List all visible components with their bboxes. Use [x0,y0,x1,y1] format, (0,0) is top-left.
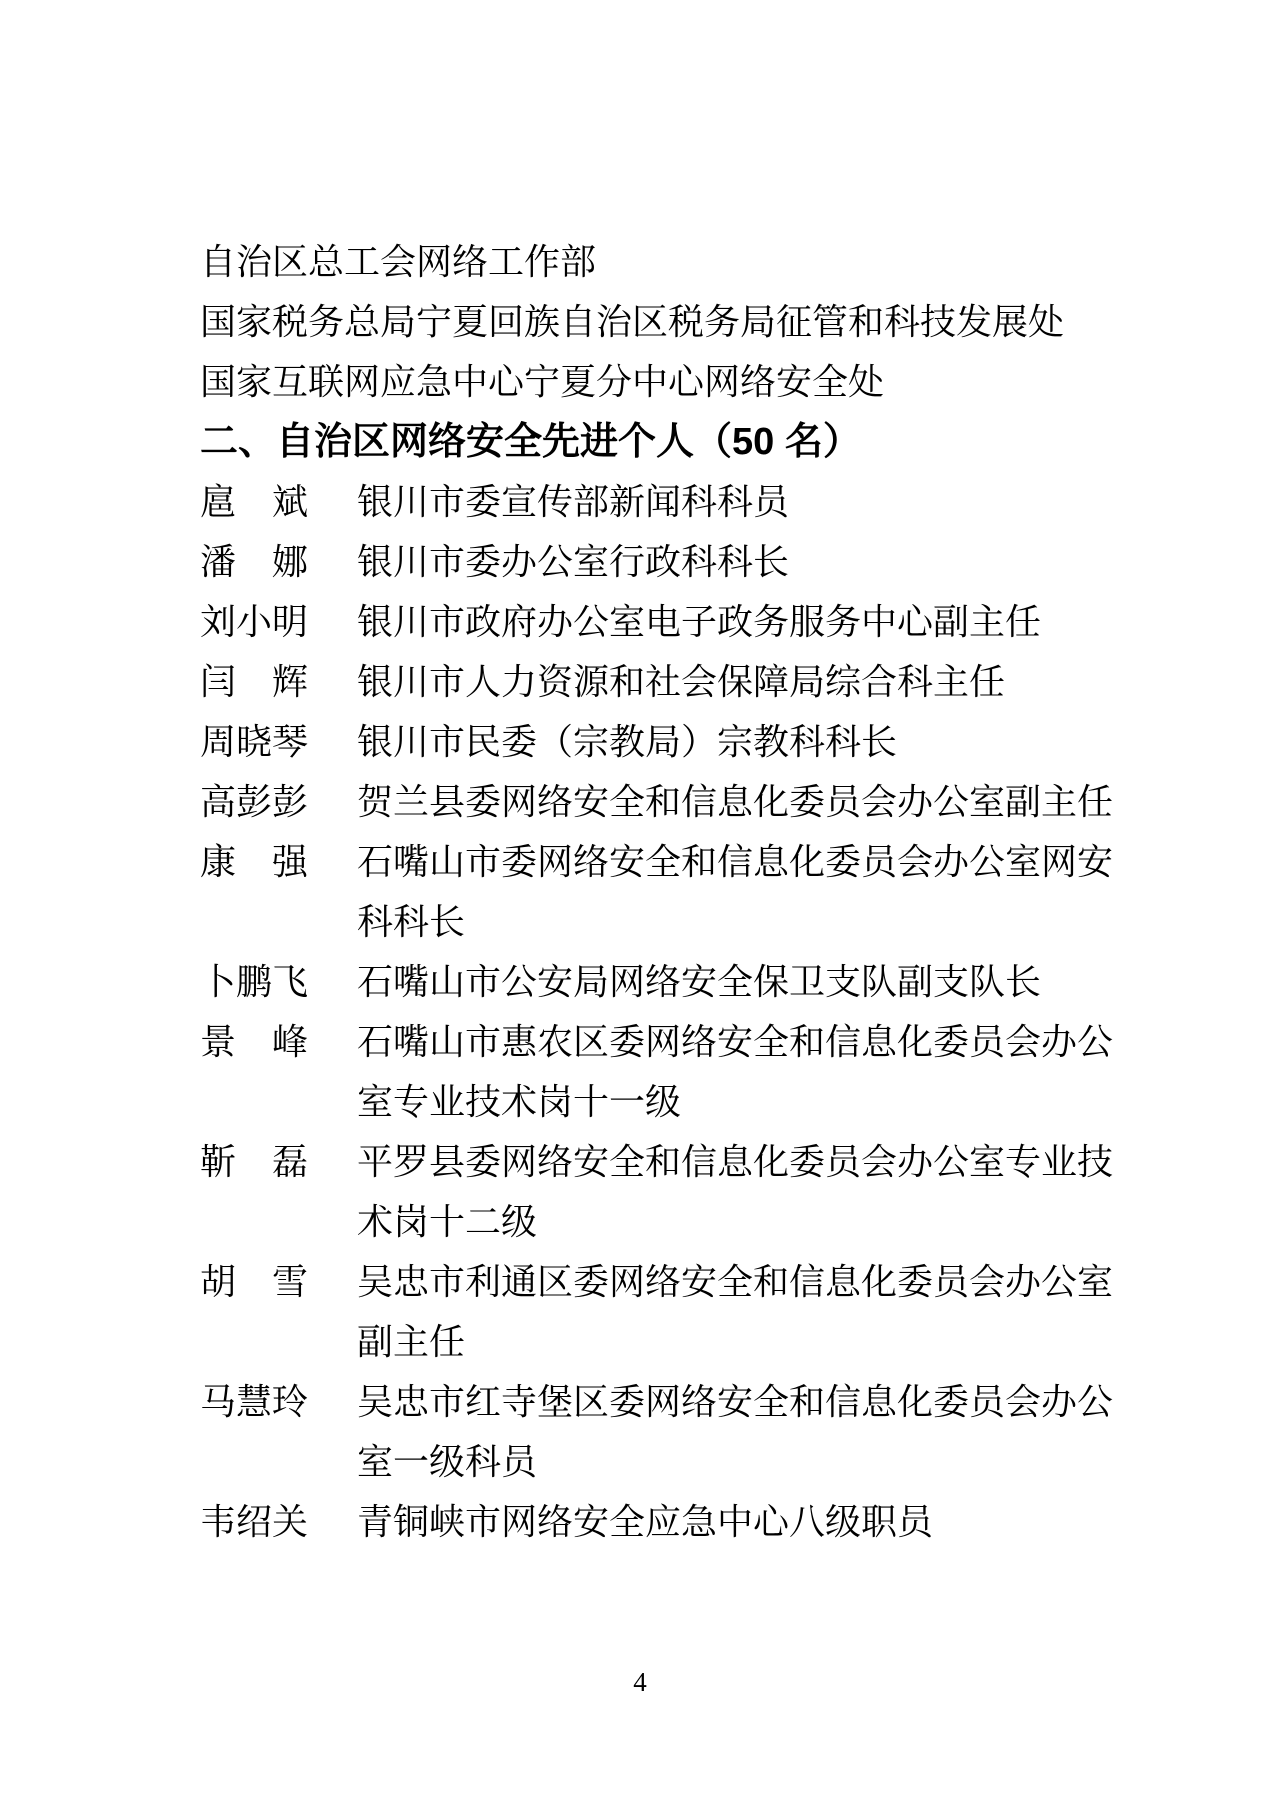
person-position-line: 室一级科员 [357,1432,1120,1492]
person-name-char: 胡 [200,1252,236,1312]
person-name-char: 娜 [272,532,308,592]
person-position-line: 吴忠市红寺堡区委网络安全和信息化委员会办公 [357,1372,1120,1432]
person-position: 吴忠市红寺堡区委网络安全和信息化委员会办公室一级科员 [357,1372,1120,1492]
person-name: 刘小明 [200,592,308,652]
person-name: 康强 [200,832,308,892]
person-position-line: 平罗县委网络安全和信息化委员会办公室专业技 [357,1132,1120,1192]
list-item: 扈斌银川市委宣传部新闻科科员 [200,472,1120,532]
person-position: 银川市政府办公室电子政务服务中心副主任 [357,592,1120,652]
person-position: 青铜峡市网络安全应急中心八级职员 [357,1492,1120,1552]
page-number: 4 [0,1662,1280,1702]
person-position-line: 贺兰县委网络安全和信息化委员会办公室副主任 [357,772,1120,832]
person-position: 贺兰县委网络安全和信息化委员会办公室副主任 [357,772,1120,832]
person-position-line: 银川市政府办公室电子政务服务中心副主任 [357,592,1120,652]
intro-paragraphs: 自治区总工会网络工作部国家税务总局宁夏回族自治区税务局征管和科技发展处国家互联网… [200,232,1120,412]
person-position-line: 科科长 [357,892,1120,952]
award-list: 扈斌银川市委宣传部新闻科科员潘娜银川市委办公室行政科科长刘小明银川市政府办公室电… [200,472,1120,1552]
person-position-line: 石嘴山市公安局网络安全保卫支队副支队长 [357,952,1120,1012]
person-position-line: 室专业技术岗十一级 [357,1072,1120,1132]
list-item: 刘小明银川市政府办公室电子政务服务中心副主任 [200,592,1120,652]
list-item: 卜鹏飞石嘴山市公安局网络安全保卫支队副支队长 [200,952,1120,1012]
person-position-line: 银川市委办公室行政科科长 [357,532,1120,592]
person-position-line: 银川市民委（宗教局）宗教科科长 [357,712,1120,772]
person-name: 韦绍关 [200,1492,308,1552]
person-name-char: 景 [200,1012,236,1072]
person-name-char: 磊 [272,1132,308,1192]
person-name-char: 闫 [200,652,236,712]
person-name: 闫辉 [200,652,308,712]
person-name-char: 辉 [272,652,308,712]
list-item: 高彭彭贺兰县委网络安全和信息化委员会办公室副主任 [200,772,1120,832]
document-content: 自治区总工会网络工作部国家税务总局宁夏回族自治区税务局征管和科技发展处国家互联网… [200,232,1120,1552]
person-name: 马慧玲 [200,1372,308,1432]
person-position: 平罗县委网络安全和信息化委员会办公室专业技术岗十二级 [357,1132,1120,1252]
person-position-line: 术岗十二级 [357,1192,1120,1252]
person-name-char: 康 [200,832,236,892]
person-position: 银川市人力资源和社会保障局综合科主任 [357,652,1120,712]
person-position-line: 银川市人力资源和社会保障局综合科主任 [357,652,1120,712]
person-position-line: 副主任 [357,1312,1120,1372]
person-position: 石嘴山市惠农区委网络安全和信息化委员会办公室专业技术岗十一级 [357,1012,1120,1132]
person-position-line: 青铜峡市网络安全应急中心八级职员 [357,1492,1120,1552]
person-position: 银川市委宣传部新闻科科员 [357,472,1120,532]
person-name-char: 靳 [200,1132,236,1192]
section-heading: 二、自治区网络安全先进个人（50 名） [200,412,1120,472]
person-name: 高彭彭 [200,772,308,832]
person-name: 潘娜 [200,532,308,592]
person-name: 靳磊 [200,1132,308,1192]
person-position: 银川市委办公室行政科科长 [357,532,1120,592]
person-name-char: 潘 [200,532,236,592]
list-item: 韦绍关青铜峡市网络安全应急中心八级职员 [200,1492,1120,1552]
person-name-char: 雪 [272,1252,308,1312]
person-position-line: 银川市委宣传部新闻科科员 [357,472,1120,532]
person-position: 石嘴山市委网络安全和信息化委员会办公室网安科科长 [357,832,1120,952]
list-item: 靳磊平罗县委网络安全和信息化委员会办公室专业技术岗十二级 [200,1132,1120,1252]
person-position: 吴忠市利通区委网络安全和信息化委员会办公室副主任 [357,1252,1120,1372]
person-position-line: 吴忠市利通区委网络安全和信息化委员会办公室 [357,1252,1120,1312]
person-name: 周晓琴 [200,712,308,772]
person-position-line: 石嘴山市惠农区委网络安全和信息化委员会办公 [357,1012,1120,1072]
person-name-char: 强 [272,832,308,892]
person-name-char: 扈 [200,472,236,532]
list-item: 周晓琴银川市民委（宗教局）宗教科科长 [200,712,1120,772]
person-position-line: 石嘴山市委网络安全和信息化委员会办公室网安 [357,832,1120,892]
person-name: 卜鹏飞 [200,952,308,1012]
list-item: 康强石嘴山市委网络安全和信息化委员会办公室网安科科长 [200,832,1120,952]
person-name-char: 峰 [272,1012,308,1072]
person-name: 胡雪 [200,1252,308,1312]
intro-line: 国家互联网应急中心宁夏分中心网络安全处 [200,352,1120,412]
intro-line: 自治区总工会网络工作部 [200,232,1120,292]
list-item: 景峰石嘴山市惠农区委网络安全和信息化委员会办公室专业技术岗十一级 [200,1012,1120,1132]
person-name: 景峰 [200,1012,308,1072]
list-item: 闫辉银川市人力资源和社会保障局综合科主任 [200,652,1120,712]
list-item: 胡雪吴忠市利通区委网络安全和信息化委员会办公室副主任 [200,1252,1120,1372]
person-name: 扈斌 [200,472,308,532]
intro-line: 国家税务总局宁夏回族自治区税务局征管和科技发展处 [200,292,1120,352]
person-name-char: 斌 [272,472,308,532]
person-position: 银川市民委（宗教局）宗教科科长 [357,712,1120,772]
list-item: 潘娜银川市委办公室行政科科长 [200,532,1120,592]
document-page: 自治区总工会网络工作部国家税务总局宁夏回族自治区税务局征管和科技发展处国家互联网… [0,0,1280,1810]
person-position: 石嘴山市公安局网络安全保卫支队副支队长 [357,952,1120,1012]
list-item: 马慧玲吴忠市红寺堡区委网络安全和信息化委员会办公室一级科员 [200,1372,1120,1492]
